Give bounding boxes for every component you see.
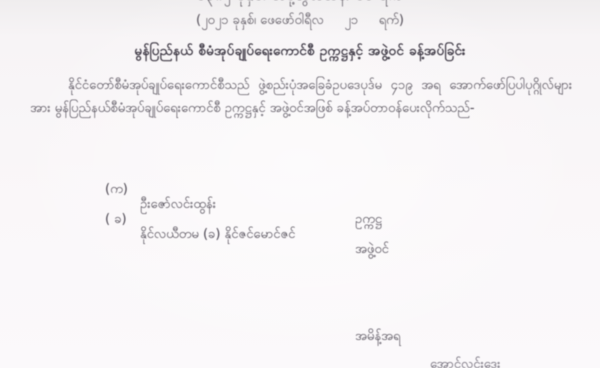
myanmar-calendar-date-clipped-line: ၁၃၈၂ ခုနှစ်၊ တပို့တွဲလဆန်း ၁၀ ရက် bbox=[197, 0, 403, 7]
by-order-label: အမိန့်အရ bbox=[355, 328, 401, 347]
appointment-row-member: ( ခ) နိုင်လယီတမ (ခ) နိုင်ဇင်မောင်ဇင် အဖွ… bbox=[105, 196, 525, 216]
scanned-document-page: ၁၃၈၂ ခုနှစ်၊ တပို့တွဲလဆန်း ၁၀ ရက် (၂၀၂၁ … bbox=[0, 0, 600, 368]
document-title: မွန်ပြည်နယ် စီမံအုပ်ချုပ်ရေးကောင်စီ ဥက္က… bbox=[0, 42, 600, 62]
appointment-row-chairman: (က) ဦးဇော်လင်းထွန်း ဥက္ကဋ္ဌ bbox=[105, 166, 525, 186]
signatory-name-clipped-line: အောင်လင်းဒွေး bbox=[430, 356, 500, 368]
appointment-index-label: ( ခ) bbox=[105, 211, 127, 230]
document-photo-layer: ၁၃၈၂ ခုနှစ်၊ တပို့တွဲလဆန်း ၁၀ ရက် (၂၀၂၁ … bbox=[0, 0, 600, 368]
appointee-role: အဖွဲ့ဝင် bbox=[355, 241, 389, 260]
body-paragraph: နိုင်ငံတော်စီမံအုပ်ချုပ်ရေးကောင်စီသည် ဖွ… bbox=[30, 74, 572, 120]
appointee-name: နိုင်လယီတမ (ခ) နိုင်ဇင်မောင်ဇင် bbox=[140, 226, 295, 245]
gregorian-date-line: (၂၀၂၁ ခုနှစ်၊ ဖေဖော်ဝါရီလ ၂၁ ရက်) bbox=[0, 12, 600, 31]
